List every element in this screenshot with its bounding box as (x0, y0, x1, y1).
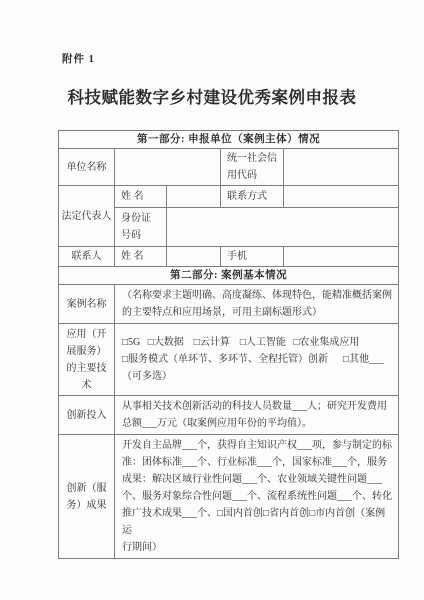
id-number-input-cell[interactable] (167, 208, 399, 247)
document-page: 附件 1 科技赋能数字乡村建设优秀案例申报表 第一部分: 申报单位（案例主体）情… (0, 0, 424, 600)
credit-code-input-cell[interactable] (284, 149, 399, 186)
page-title: 科技赋能数字乡村建设优秀案例申报表 (0, 84, 424, 108)
contact-method-label: 联系方式 (221, 186, 284, 208)
mobile-input-cell[interactable] (284, 247, 399, 267)
contact-person-label: 联系人 (59, 247, 115, 267)
application-form-table: 第一部分: 申报单位（案例主体）情况 单位名称 统一社会信 用代码 法定代表人 … (58, 130, 399, 559)
legal-representative-label: 法定代表人 (59, 186, 115, 247)
case-name-label: 案例名称 (59, 285, 115, 324)
mobile-label: 手机 (221, 247, 284, 267)
main-technology-options-cell[interactable]: □5G □大数据 □云计算 □人工智能 □农业集成应用 □服务模式（单环节、多环… (115, 324, 399, 396)
contact-name-label: 姓 名 (115, 247, 167, 267)
case-name-note-cell[interactable]: （名称要求主题明确、高度凝练、体现特色，能精准概括案例 的主要特点和应用场景，可… (115, 285, 399, 324)
innovation-results-label: 创新（服 务）成果 (59, 435, 115, 559)
innovation-results-text-cell[interactable]: 开发自主品牌___个，获得自主知识产权___项，参与制定的标 准：团体标准___… (115, 435, 399, 559)
rep-name-label: 姓 名 (115, 186, 167, 208)
innovation-input-label: 创新投入 (59, 396, 115, 435)
contact-name-input-cell[interactable] (167, 247, 221, 267)
unit-name-label: 单位名称 (59, 149, 115, 186)
contact-method-input-cell[interactable] (284, 186, 399, 208)
rep-name-input-cell[interactable] (167, 186, 221, 208)
innovation-input-text-cell[interactable]: 从事相关技术创新活动的科技人员数量___人；研究开发费用 总额___万元（取案例… (115, 396, 399, 435)
credit-code-label: 统一社会信 用代码 (221, 149, 284, 186)
unit-name-input-cell[interactable] (115, 149, 221, 186)
section1-header: 第一部分: 申报单位（案例主体）情况 (59, 131, 399, 149)
section2-header: 第二部分: 案例基本情况 (59, 267, 399, 285)
id-number-label: 身份证 号码 (115, 208, 167, 247)
attachment-label: 附件 1 (62, 51, 95, 66)
main-technology-label: 应用（开 展服务） 的主要技 术 (59, 324, 115, 396)
